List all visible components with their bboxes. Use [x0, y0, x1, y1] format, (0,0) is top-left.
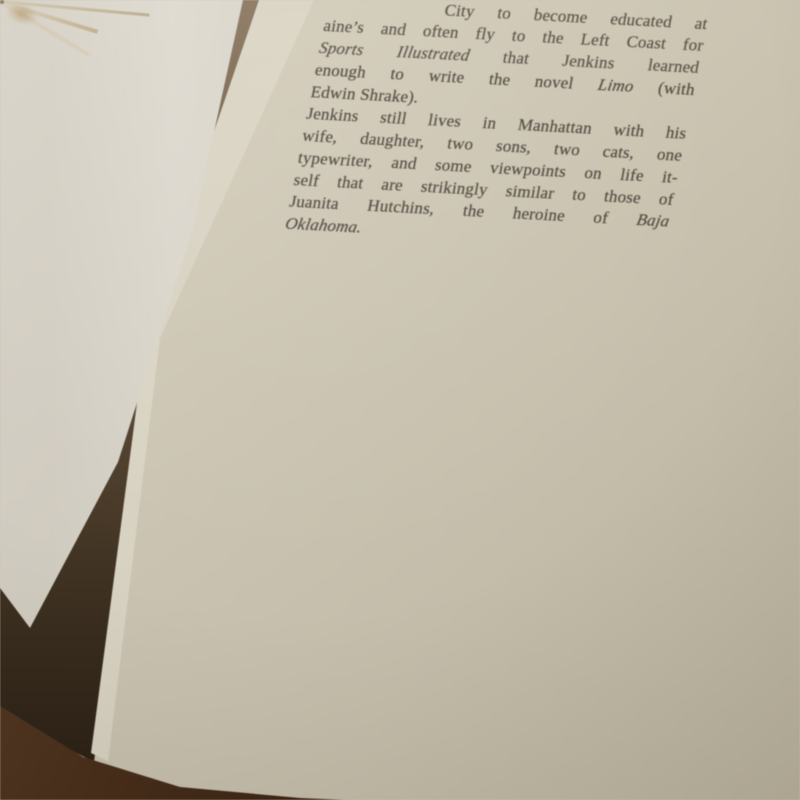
- dust-speck: [0, 0, 4, 4]
- flap-text-block: City to become educated ataine’s and oft…: [283, 0, 709, 255]
- book-photo: City to become educated ataine’s and oft…: [0, 0, 800, 800]
